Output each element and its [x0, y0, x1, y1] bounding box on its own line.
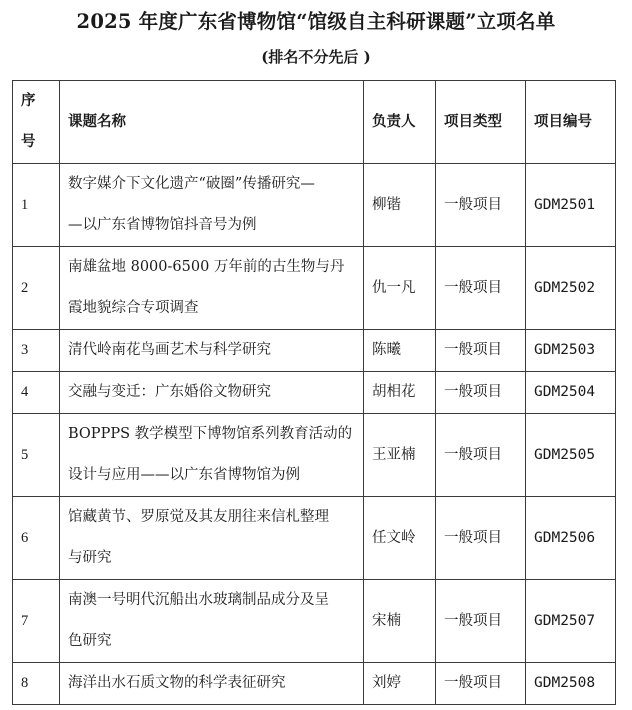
row-type: 一般项目 — [436, 497, 526, 580]
row-leader: 仇一凡 — [364, 247, 436, 330]
row-type: 一般项目 — [436, 663, 526, 705]
project-list-table: 序 号 课题名称 负责人 项目类型 项目编号 1 数字媒介下文化遗产“破圈”传播… — [12, 80, 616, 705]
row-topic: 馆藏黄节、罗原觉及其友朋往来信札整理与研究 — [60, 497, 364, 580]
topic-line: 馆藏黄节、罗原觉及其友朋往来信札整理 — [68, 497, 363, 538]
row-topic: BOPPPS 教学模型下博物馆系列教育活动的设计与应用——以广东省博物馆为例 — [60, 414, 364, 497]
row-leader: 任文岭 — [364, 497, 436, 580]
table-row: 5 BOPPPS 教学模型下博物馆系列教育活动的设计与应用——以广东省博物馆为例… — [13, 414, 616, 497]
topic-line: BOPPPS 教学模型下博物馆系列教育活动的 — [68, 414, 363, 455]
header-index-line2: 号 — [21, 122, 59, 163]
header-topic: 课题名称 — [60, 81, 364, 164]
header-code: 项目编号 — [526, 81, 616, 164]
row-leader: 刘婷 — [364, 663, 436, 705]
row-leader: 陈曦 — [364, 330, 436, 372]
row-type: 一般项目 — [436, 414, 526, 497]
header-index-line1: 序 — [21, 81, 59, 122]
table-row: 8 海洋出水石质文物的科学表征研究 刘婷 一般项目 GDM2508 — [13, 663, 616, 705]
row-index: 8 — [13, 663, 60, 705]
row-index: 2 — [13, 247, 60, 330]
row-topic: 交融与变迁：广东婚俗文物研究 — [60, 372, 364, 414]
row-index: 4 — [13, 372, 60, 414]
row-code: GDM2504 — [526, 372, 616, 414]
topic-line: 南雄盆地 8000-6500 万年前的古生物与丹 — [68, 247, 363, 288]
topic-line: 色研究 — [68, 621, 363, 662]
topic-line: 海洋出水石质文物的科学表征研究 — [68, 663, 363, 704]
row-type: 一般项目 — [436, 330, 526, 372]
topic-line: 设计与应用——以广东省博物馆为例 — [68, 455, 363, 496]
row-code: GDM2506 — [526, 497, 616, 580]
row-code: GDM2505 — [526, 414, 616, 497]
topic-line: 南澳一号明代沉船出水玻璃制品成分及呈 — [68, 580, 363, 621]
table-row: 7 南澳一号明代沉船出水玻璃制品成分及呈色研究 宋楠 一般项目 GDM2507 — [13, 580, 616, 663]
row-type: 一般项目 — [436, 580, 526, 663]
table-header-row: 序 号 课题名称 负责人 项目类型 项目编号 — [13, 81, 616, 164]
row-code: GDM2503 — [526, 330, 616, 372]
topic-line: 霞地貌综合专项调查 — [68, 288, 363, 329]
table-row: 3 清代岭南花鸟画艺术与科学研究 陈曦 一般项目 GDM2503 — [13, 330, 616, 372]
document-subtitle: (排名不分先后 ) — [0, 46, 632, 67]
table-row: 6 馆藏黄节、罗原觉及其友朋往来信札整理与研究 任文岭 一般项目 GDM2506 — [13, 497, 616, 580]
row-index: 7 — [13, 580, 60, 663]
row-topic: 数字媒介下文化遗产“破圈”传播研究——以广东省博物馆抖音号为例 — [60, 164, 364, 247]
row-type: 一般项目 — [436, 247, 526, 330]
topic-line: —以广东省博物馆抖音号为例 — [68, 205, 363, 246]
row-type: 一般项目 — [436, 164, 526, 247]
row-code: GDM2507 — [526, 580, 616, 663]
row-topic: 南雄盆地 8000-6500 万年前的古生物与丹霞地貌综合专项调查 — [60, 247, 364, 330]
row-index: 3 — [13, 330, 60, 372]
row-code: GDM2502 — [526, 247, 616, 330]
table-row: 1 数字媒介下文化遗产“破圈”传播研究——以广东省博物馆抖音号为例 柳锴 一般项… — [13, 164, 616, 247]
topic-line: 与研究 — [68, 538, 363, 579]
table-row: 4 交融与变迁：广东婚俗文物研究 胡相花 一般项目 GDM2504 — [13, 372, 616, 414]
topic-line: 交融与变迁：广东婚俗文物研究 — [68, 372, 363, 413]
header-leader: 负责人 — [364, 81, 436, 164]
row-leader: 柳锴 — [364, 164, 436, 247]
row-leader: 胡相花 — [364, 372, 436, 414]
header-index: 序 号 — [13, 81, 60, 164]
row-topic: 南澳一号明代沉船出水玻璃制品成分及呈色研究 — [60, 580, 364, 663]
row-index: 1 — [13, 164, 60, 247]
row-leader: 宋楠 — [364, 580, 436, 663]
topic-line: 数字媒介下文化遗产“破圈”传播研究— — [68, 164, 363, 205]
table-row: 2 南雄盆地 8000-6500 万年前的古生物与丹霞地貌综合专项调查 仇一凡 … — [13, 247, 616, 330]
row-index: 5 — [13, 414, 60, 497]
row-type: 一般项目 — [436, 372, 526, 414]
row-index: 6 — [13, 497, 60, 580]
row-code: GDM2508 — [526, 663, 616, 705]
row-leader: 王亚楠 — [364, 414, 436, 497]
topic-line: 清代岭南花鸟画艺术与科学研究 — [68, 330, 363, 371]
row-code: GDM2501 — [526, 164, 616, 247]
document-title: 2025 年度广东省博物馆“馆级自主科研课题”立项名单 — [0, 6, 632, 34]
row-topic: 海洋出水石质文物的科学表征研究 — [60, 663, 364, 705]
header-type: 项目类型 — [436, 81, 526, 164]
row-topic: 清代岭南花鸟画艺术与科学研究 — [60, 330, 364, 372]
